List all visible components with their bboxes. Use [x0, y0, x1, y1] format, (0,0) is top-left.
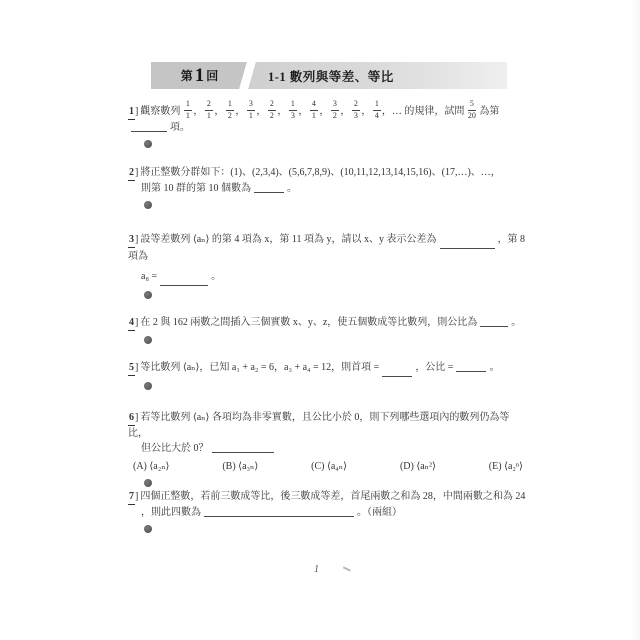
- fraction-separator: ，: [256, 106, 266, 117]
- worksheet-page: 第 1 回 1-1 數列與等差、等比 1]觀察數列 11，21，12，31，22…: [0, 0, 640, 640]
- problem-text: 觀察數列: [140, 106, 180, 117]
- problem-1: 1]觀察數列 11，21，12，31，22，13，41，32，23，14，… 的…: [128, 100, 528, 153]
- section-header: 第 1 回 1-1 數列與等差、等比: [151, 62, 507, 89]
- problem-3-line-2: a₈ =。: [128, 269, 528, 286]
- round-suffix: 回: [206, 67, 218, 84]
- fraction: 11: [184, 100, 192, 120]
- problem-number: 7]: [128, 489, 138, 505]
- problem-text: a₈ =: [141, 271, 157, 282]
- problem-2: 2]將正整數分群如下：(1)、(2,3,4)、(5,6,7,8,9)、(10,1…: [128, 165, 528, 214]
- fraction-separator: ，: [298, 106, 308, 117]
- answer-blank: [212, 442, 274, 453]
- options-row: (A) ⟨a₂ₙ⟩ (B) ⟨a₃ₙ⟩ (C) ⟨a₄ₙ⟩ (D) ⟨aₙ²⟩ …: [128, 459, 523, 474]
- answer-marker-icon: [144, 140, 152, 148]
- problem-6: 6]若等比數列 ⟨aₙ⟩ 各項均為非零實數，且公比小於 0，則下列哪些選項內的數…: [128, 410, 528, 492]
- fraction: 12: [226, 100, 234, 120]
- problem-text: 。: [511, 317, 521, 328]
- problem-number: 6]: [128, 410, 138, 426]
- problem-text: ，公比 =: [415, 362, 453, 373]
- problem-text: 項。: [170, 122, 190, 133]
- problem-text: 在 2 與 162 兩數之間插入三個實數 x、y、z，使五個數成等比數列，則公比…: [140, 317, 477, 328]
- answer-blank: [480, 316, 508, 327]
- problem-7-line-2: ，則此四數為。（兩組）: [128, 505, 528, 520]
- marker-line: [128, 523, 528, 538]
- marker-line: [128, 138, 528, 153]
- option-d: (D) ⟨aₙ²⟩: [400, 459, 436, 474]
- page-number: 1: [314, 564, 319, 575]
- fraction: 14: [373, 100, 381, 120]
- answer-marker-icon: [144, 201, 152, 209]
- option-c: (C) ⟨a₄ₙ⟩: [311, 459, 347, 474]
- fraction: 31: [247, 100, 255, 120]
- problem-text: 設等差數列 ⟨aₙ⟩ 的第 4 項為 x，第 11 項為 y，請以 x、y 表示…: [140, 234, 436, 245]
- answer-blank: [204, 506, 354, 517]
- fraction: 32: [331, 100, 339, 120]
- fraction: 13: [289, 100, 297, 120]
- fraction: 23: [352, 100, 360, 120]
- problem-number: 4]: [128, 315, 138, 331]
- answer-blank: [456, 361, 486, 372]
- problem-number: 2]: [128, 165, 138, 181]
- problem-text: 。: [287, 183, 297, 194]
- problem-text: 但公比大於 0？: [141, 443, 209, 454]
- answer-blank: [131, 121, 167, 132]
- problem-text: 則第 10 群的第 10 個數為: [141, 183, 251, 194]
- problem-4-line-1: 4]在 2 與 162 兩數之間插入三個實數 x、y、z，使五個數成等比數列，則…: [128, 315, 528, 331]
- section-title-banner: 1-1 數列與等差、等比: [248, 62, 507, 89]
- scan-artifact: [343, 566, 351, 571]
- problem-1-line-1: 1]觀察數列 11，21，12，31，22，13，41，32，23，14，… 的…: [128, 100, 528, 135]
- round-badge: 第 1 回: [151, 62, 248, 89]
- problem-text: 將正整數分群如下：(1)、(2,3,4)、(5,6,7,8,9)、(10,11,…: [140, 167, 500, 178]
- fraction-separator: ，: [319, 106, 329, 117]
- option-e: (E) ⟨a₂ⁿ⟩: [489, 459, 523, 474]
- answer-marker-icon: [144, 479, 152, 487]
- problem-7-line-1: 7]四個正整數，若前三數成等比，後三數成等差，首尾兩數之和為 28，中間兩數之和…: [128, 489, 528, 505]
- problem-text: 為第: [479, 106, 499, 117]
- problem-6-line-2: 但公比大於 0？: [128, 441, 528, 456]
- answer-marker-icon: [144, 291, 152, 299]
- marker-line: [128, 380, 528, 395]
- section-title: 1-1 數列與等差、等比: [268, 67, 394, 85]
- problem-text: 若等比數列 ⟨aₙ⟩ 各項均為非零實數，且公比小於 0，則下列哪些選項內的數列仍…: [128, 412, 509, 439]
- round-prefix: 第: [181, 67, 193, 84]
- problem-7: 7]四個正整數，若前三數成等比，後三數成等差，首尾兩數之和為 28，中間兩數之和…: [128, 489, 528, 538]
- option-a: (A) ⟨a₂ₙ⟩: [133, 459, 169, 474]
- problem-3: 3]設等差數列 ⟨aₙ⟩ 的第 4 項為 x，第 11 項為 y，請以 x、y …: [128, 232, 528, 304]
- answer-blank: [254, 182, 284, 193]
- fraction-separator: ，: [340, 106, 350, 117]
- problem-6-line-1: 6]若等比數列 ⟨aₙ⟩ 各項均為非零實數，且公比小於 0，則下列哪些選項內的數…: [128, 410, 528, 441]
- problem-3-line-1: 3]設等差數列 ⟨aₙ⟩ 的第 4 項為 x，第 11 項為 y，請以 x、y …: [128, 232, 528, 264]
- problem-5: 5]等比數列 ⟨aₙ⟩，已知 a₁ + a₂ = 6，a₃ + a₄ = 12，…: [128, 360, 528, 395]
- problem-text: 的規律，試問: [404, 106, 464, 117]
- fraction-separator: ，: [193, 106, 203, 117]
- option-b: (B) ⟨a₃ₙ⟩: [222, 459, 258, 474]
- problem-text: ，則此四數為: [141, 507, 201, 518]
- fraction: 41: [310, 100, 318, 120]
- fraction: 21: [205, 100, 213, 120]
- fraction-separator: ，: [361, 106, 371, 117]
- ellipsis: ，…: [382, 106, 402, 117]
- problem-text: 。（兩組）: [357, 507, 402, 518]
- problem-number: 1]: [128, 104, 138, 120]
- fraction-separator: ，: [214, 106, 224, 117]
- problem-5-line-1: 5]等比數列 ⟨aₙ⟩，已知 a₁ + a₂ = 6，a₃ + a₄ = 12，…: [128, 360, 528, 377]
- marker-line: [128, 334, 528, 349]
- problem-4: 4]在 2 與 162 兩數之間插入三個實數 x、y、z，使五個數成等比數列，則…: [128, 315, 528, 349]
- problem-2-line-1: 2]將正整數分群如下：(1)、(2,3,4)、(5,6,7,8,9)、(10,1…: [128, 165, 528, 181]
- answer-marker-icon: [144, 382, 152, 390]
- problem-text: 。: [211, 271, 221, 282]
- problem-text: 四個正整數，若前三數成等比，後三數成等差，首尾兩數之和為 28，中間兩數之和為 …: [140, 491, 525, 502]
- problem-number: 3]: [128, 232, 138, 248]
- round-number: 1: [195, 66, 205, 85]
- problem-text: 等比數列 ⟨aₙ⟩，已知 a₁ + a₂ = 6，a₃ + a₄ = 12，則首…: [140, 362, 379, 373]
- fraction-separator: ，: [235, 106, 245, 117]
- problem-text: 。: [489, 362, 499, 373]
- fraction: 22: [268, 100, 276, 120]
- answer-blank: [440, 238, 495, 249]
- answer-marker-icon: [144, 525, 152, 533]
- problem-2-line-2: 則第 10 群的第 10 個數為。: [128, 181, 528, 196]
- answer-marker-icon: [144, 336, 152, 344]
- answer-blank: [382, 366, 412, 377]
- marker-line: [128, 289, 528, 304]
- marker-line: [128, 199, 528, 214]
- target-fraction: 520: [468, 100, 476, 120]
- fraction-separator: ，: [277, 106, 287, 117]
- problem-number: 5]: [128, 360, 138, 376]
- answer-blank: [160, 275, 208, 286]
